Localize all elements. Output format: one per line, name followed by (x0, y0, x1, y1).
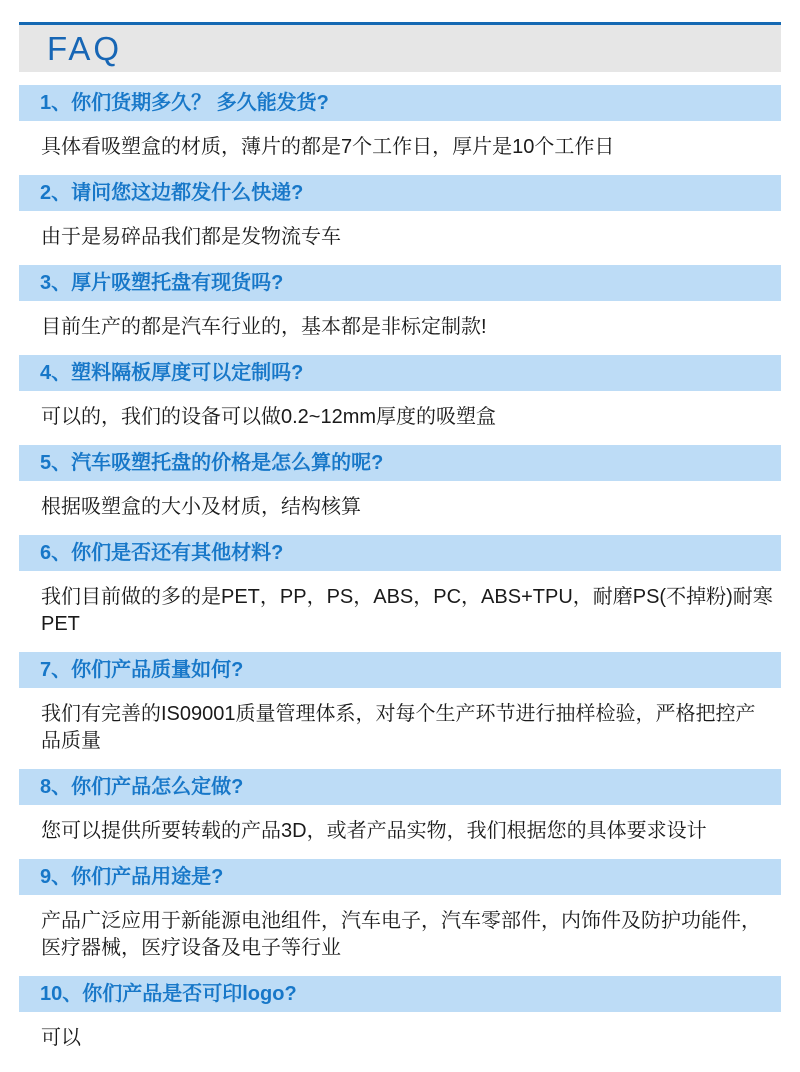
faq-question-text: 4、塑料隔板厚度可以定制吗? (40, 363, 303, 383)
faq-question-text: 6、你们是否还有其他材料? (40, 543, 283, 563)
faq-item: 10、你们产品是否可印logo? 可以 (19, 976, 781, 1052)
faq-question-bar: 6、你们是否还有其他材料? (19, 535, 781, 571)
faq-item: 7、你们产品质量如何? 我们有完善的IS09001质量管理体系，对每个生产环节进… (19, 652, 781, 769)
faq-item: 9、你们产品用途是? 产品广泛应用于新能源电池组件，汽车电子，汽车零部件，内饰件… (19, 859, 781, 976)
faq-answer-text: 根据吸塑盒的大小及材质，结构核算 (19, 481, 781, 535)
faq-item: 6、你们是否还有其他材料? 我们目前做的多的是PET，PP，PS，ABS，PC，… (19, 535, 781, 652)
faq-question-bar: 7、你们产品质量如何? (19, 652, 781, 688)
faq-question-bar: 1、你们货期多久？ 多久能发货? (19, 85, 781, 121)
faq-question-text: 7、你们产品质量如何? (40, 660, 243, 680)
faq-answer-text: 我们有完善的IS09001质量管理体系，对每个生产环节进行抽样检验，严格把控产品… (19, 688, 781, 769)
faq-question-bar: 2、请问您这边都发什么快递? (19, 175, 781, 211)
faq-answer-text: 目前生产的都是汽车行业的，基本都是非标定制款! (19, 301, 781, 355)
faq-list: 1、你们货期多久？ 多久能发货? 具体看吸塑盒的材质，薄片的都是7个工作日，厚片… (19, 85, 781, 1052)
faq-answer-text: 具体看吸塑盒的材质，薄片的都是7个工作日，厚片是10个工作日 (19, 121, 781, 175)
faq-answer-text: 由于是易碎品我们都是发物流专车 (19, 211, 781, 265)
faq-answer-text: 我们目前做的多的是PET，PP，PS，ABS，PC，ABS+TPU，耐磨PS(不… (19, 571, 781, 652)
faq-answer-text: 产品广泛应用于新能源电池组件，汽车电子，汽车零部件，内饰件及防护功能件，医疗器械… (19, 895, 781, 976)
faq-page: FAQ 1、你们货期多久？ 多久能发货? 具体看吸塑盒的材质，薄片的都是7个工作… (0, 0, 800, 1072)
faq-question-text: 1、你们货期多久？ 多久能发货? (40, 93, 329, 113)
page-title: FAQ (47, 32, 122, 65)
faq-item: 8、你们产品怎么定做? 您可以提供所要转载的产品3D，或者产品实物，我们根据您的… (19, 769, 781, 859)
faq-question-bar: 9、你们产品用途是? (19, 859, 781, 895)
faq-question-text: 8、你们产品怎么定做? (40, 777, 243, 797)
faq-question-text: 3、厚片吸塑托盘有现货吗? (40, 273, 283, 293)
faq-question-bar: 3、厚片吸塑托盘有现货吗? (19, 265, 781, 301)
faq-answer-text: 可以的，我们的设备可以做0.2~12mm厚度的吸塑盒 (19, 391, 781, 445)
faq-question-bar: 8、你们产品怎么定做? (19, 769, 781, 805)
faq-item: 1、你们货期多久？ 多久能发货? 具体看吸塑盒的材质，薄片的都是7个工作日，厚片… (19, 85, 781, 175)
faq-question-text: 5、汽车吸塑托盘的价格是怎么算的呢? (40, 453, 383, 473)
faq-question-text: 9、你们产品用途是? (40, 867, 223, 887)
faq-question-bar: 5、汽车吸塑托盘的价格是怎么算的呢? (19, 445, 781, 481)
faq-item: 3、厚片吸塑托盘有现货吗? 目前生产的都是汽车行业的，基本都是非标定制款! (19, 265, 781, 355)
faq-question-text: 2、请问您这边都发什么快递? (40, 183, 303, 203)
faq-item: 4、塑料隔板厚度可以定制吗? 可以的，我们的设备可以做0.2~12mm厚度的吸塑… (19, 355, 781, 445)
faq-question-bar: 10、你们产品是否可印logo? (19, 976, 781, 1012)
faq-answer-text: 可以 (19, 1012, 781, 1052)
faq-question-bar: 4、塑料隔板厚度可以定制吗? (19, 355, 781, 391)
faq-item: 5、汽车吸塑托盘的价格是怎么算的呢? 根据吸塑盒的大小及材质，结构核算 (19, 445, 781, 535)
faq-item: 2、请问您这边都发什么快递? 由于是易碎品我们都是发物流专车 (19, 175, 781, 265)
faq-answer-text: 您可以提供所要转载的产品3D，或者产品实物，我们根据您的具体要求设计 (19, 805, 781, 859)
faq-question-text: 10、你们产品是否可印logo? (40, 984, 297, 1004)
faq-header: FAQ (19, 25, 781, 72)
